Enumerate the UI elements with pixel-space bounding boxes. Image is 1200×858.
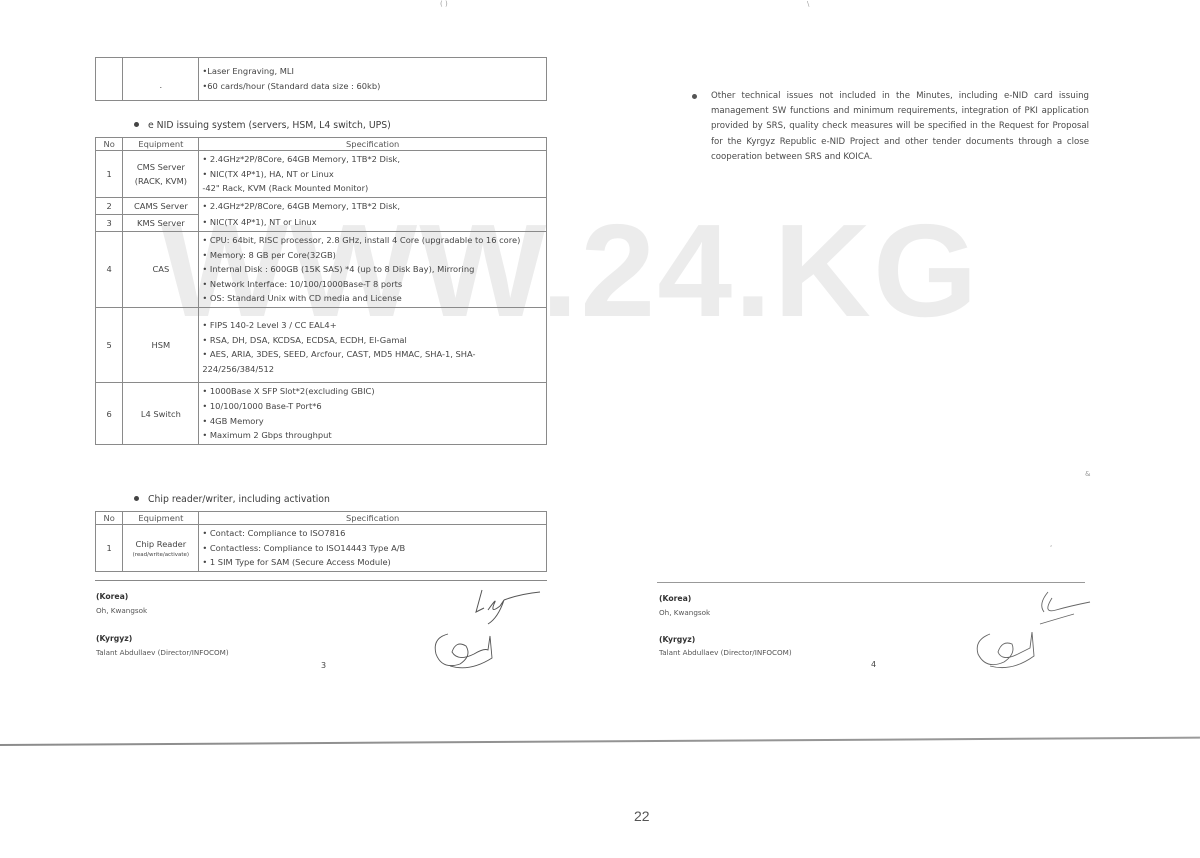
chip-reader-table: No Equipment Specification 1 Chip Reader… xyxy=(95,511,547,572)
spec-line: • Maximum 2 Gbps throughput xyxy=(202,428,543,443)
spec-line: • Memory: 8 GB per Core(32GB) xyxy=(202,248,543,263)
page-bottom-divider xyxy=(0,737,1200,746)
cell-no: 5 xyxy=(96,307,123,382)
cell-spec: • FIPS 140-2 Level 3 / CC EAL4+ • RSA, D… xyxy=(199,307,547,382)
cell-equipment: Chip Reader (read/write/activate) xyxy=(123,525,199,572)
cell-no: 1 xyxy=(96,525,123,572)
cell-no: 6 xyxy=(96,383,123,444)
scan-artifact: , xyxy=(1050,540,1052,548)
cell-no xyxy=(96,58,123,101)
spec-line: • Internal Disk : 600GB (15K SAS) *4 (up… xyxy=(202,262,543,277)
scan-artifact: ( ) xyxy=(440,0,448,8)
section-heading-chip-reader: Chip reader/writer, including activation xyxy=(134,494,330,505)
table-row: 6 L4 Switch • 1000Base X SFP Slot*2(excl… xyxy=(96,383,547,444)
header-no: No xyxy=(96,512,123,525)
spec-line: • AES, ARIA, 3DES, SEED, Arcfour, CAST, … xyxy=(202,347,543,376)
korea-label: (Korea) xyxy=(96,592,128,601)
spec-line: • 1 SIM Type for SAM (Secure Access Modu… xyxy=(202,555,543,570)
kyrgyz-name: Talant Abdullaev (Director/INFOCOM) xyxy=(659,648,792,657)
footer-page-number: 22 xyxy=(634,808,650,824)
scan-artifact: \ xyxy=(807,0,809,8)
spec-line: • Contact: Compliance to ISO7816 xyxy=(202,526,543,541)
section-heading-issuing-system: e NID issuing system (servers, HSM, L4 s… xyxy=(134,120,391,131)
signature-divider xyxy=(657,582,1085,583)
cell-equipment: CAMS Server xyxy=(123,197,199,214)
cell-equipment: . xyxy=(123,58,199,101)
signature-divider xyxy=(95,580,547,581)
bullet-icon xyxy=(692,94,697,99)
spec-line: • 4GB Memory xyxy=(202,414,543,429)
scan-artifact: & xyxy=(1085,470,1090,478)
spec-line: •60 cards/hour (Standard data size : 60k… xyxy=(202,79,543,94)
cell-spec: • 1000Base X SFP Slot*2(excluding GBIC) … xyxy=(199,383,547,444)
issuing-system-table: No Equipment Specification 1 CMS Server … xyxy=(95,137,547,445)
cell-equipment: CAS xyxy=(123,231,199,307)
cell-no: 2 xyxy=(96,197,123,214)
table-row: 1 Chip Reader (read/write/activate) • Co… xyxy=(96,525,547,572)
cell-no: 3 xyxy=(96,214,123,231)
spec-line: • 2.4GHz*2P/8Core, 64GB Memory, 1TB*2 Di… xyxy=(202,199,543,214)
kyrgyz-signature-icon xyxy=(972,628,1042,673)
spec-line: • 10/100/1000 Base-T Port*6 xyxy=(202,399,543,414)
page-number: 3 xyxy=(321,661,326,670)
bullet-icon xyxy=(134,496,139,501)
kyrgyz-signature-icon xyxy=(430,628,505,673)
spec-line: • FIPS 140-2 Level 3 / CC EAL4+ xyxy=(202,318,543,333)
spec-line: • Contactless: Compliance to ISO14443 Ty… xyxy=(202,541,543,556)
spec-line: • OS: Standard Unix with CD media and Li… xyxy=(202,291,543,306)
cell-no: 1 xyxy=(96,151,123,198)
technical-issues-paragraph: Other technical issues not included in t… xyxy=(711,89,1089,165)
table-row: 3 KMS Server • NIC(TX 4P*1), NT or Linux xyxy=(96,214,547,231)
spec-line: • NIC(TX 4P*1), HA, NT or Linux xyxy=(202,167,543,182)
table-header-row: No Equipment Specification xyxy=(96,512,547,525)
cell-equipment: L4 Switch xyxy=(123,383,199,444)
header-spec: Specification xyxy=(199,512,547,525)
table-header-row: No Equipment Specification xyxy=(96,138,547,151)
kyrgyz-name: Talant Abdullaev (Director/INFOCOM) xyxy=(96,648,229,657)
cell-spec: • 2.4GHz*2P/8Core, 64GB Memory, 1TB*2 Di… xyxy=(199,197,547,214)
cell-spec: • NIC(TX 4P*1), NT or Linux xyxy=(199,214,547,231)
cell-equipment: CMS Server (RACK, KVM) xyxy=(123,151,199,198)
spec-line: -42" Rack, KVM (Rack Mounted Monitor) xyxy=(202,181,543,196)
kyrgyz-label: (Kyrgyz) xyxy=(659,635,695,644)
korea-name: Oh, Kwangsok xyxy=(96,606,147,615)
spec-line: • RSA, DH, DSA, KCDSA, ECDSA, ECDH, El-G… xyxy=(202,333,543,348)
equipment-subtitle: (read/write/activate) xyxy=(126,551,195,559)
header-no: No xyxy=(96,138,123,151)
section-title: Chip reader/writer, including activation xyxy=(148,494,330,505)
table-row: 2 CAMS Server • 2.4GHz*2P/8Core, 64GB Me… xyxy=(96,197,547,214)
table-row: . •Laser Engraving, MLI •60 cards/hour (… xyxy=(96,58,547,101)
spec-line: • NIC(TX 4P*1), NT or Linux xyxy=(202,215,543,230)
korea-name: Oh, Kwangsok xyxy=(659,608,710,617)
bullet-icon xyxy=(134,122,139,127)
table-row: 1 CMS Server (RACK, KVM) • 2.4GHz*2P/8Co… xyxy=(96,151,547,198)
cell-no: 4 xyxy=(96,231,123,307)
top-continuation-table: . •Laser Engraving, MLI •60 cards/hour (… xyxy=(95,57,547,101)
kyrgyz-label: (Kyrgyz) xyxy=(96,634,132,643)
cell-spec: • Contact: Compliance to ISO7816 • Conta… xyxy=(199,525,547,572)
spec-line: • 1000Base X SFP Slot*2(excluding GBIC) xyxy=(202,384,543,399)
table-row: 4 CAS • CPU: 64bit, RISC processor, 2.8 … xyxy=(96,231,547,307)
section-title: e NID issuing system (servers, HSM, L4 s… xyxy=(148,120,391,131)
cell-spec: • 2.4GHz*2P/8Core, 64GB Memory, 1TB*2 Di… xyxy=(199,151,547,198)
table-row: 5 HSM • FIPS 140-2 Level 3 / CC EAL4+ • … xyxy=(96,307,547,382)
cell-spec: • CPU: 64bit, RISC processor, 2.8 GHz, i… xyxy=(199,231,547,307)
spec-line: • Network Interface: 10/100/1000Base-T 8… xyxy=(202,277,543,292)
korea-label: (Korea) xyxy=(659,594,691,603)
spec-line: • CPU: 64bit, RISC processor, 2.8 GHz, i… xyxy=(202,233,543,248)
cell-spec: •Laser Engraving, MLI •60 cards/hour (St… xyxy=(199,58,547,101)
equipment-name: Chip Reader xyxy=(126,537,195,551)
cell-equipment: KMS Server xyxy=(123,214,199,231)
header-spec: Specification xyxy=(199,138,547,151)
korea-signature-icon xyxy=(470,582,550,627)
spec-line: • 2.4GHz*2P/8Core, 64GB Memory, 1TB*2 Di… xyxy=(202,152,543,167)
page-number: 4 xyxy=(871,660,876,669)
spec-line: •Laser Engraving, MLI xyxy=(202,64,543,79)
header-equipment: Equipment xyxy=(123,138,199,151)
cell-equipment: HSM xyxy=(123,307,199,382)
korea-signature-icon xyxy=(1030,588,1100,633)
header-equipment: Equipment xyxy=(123,512,199,525)
